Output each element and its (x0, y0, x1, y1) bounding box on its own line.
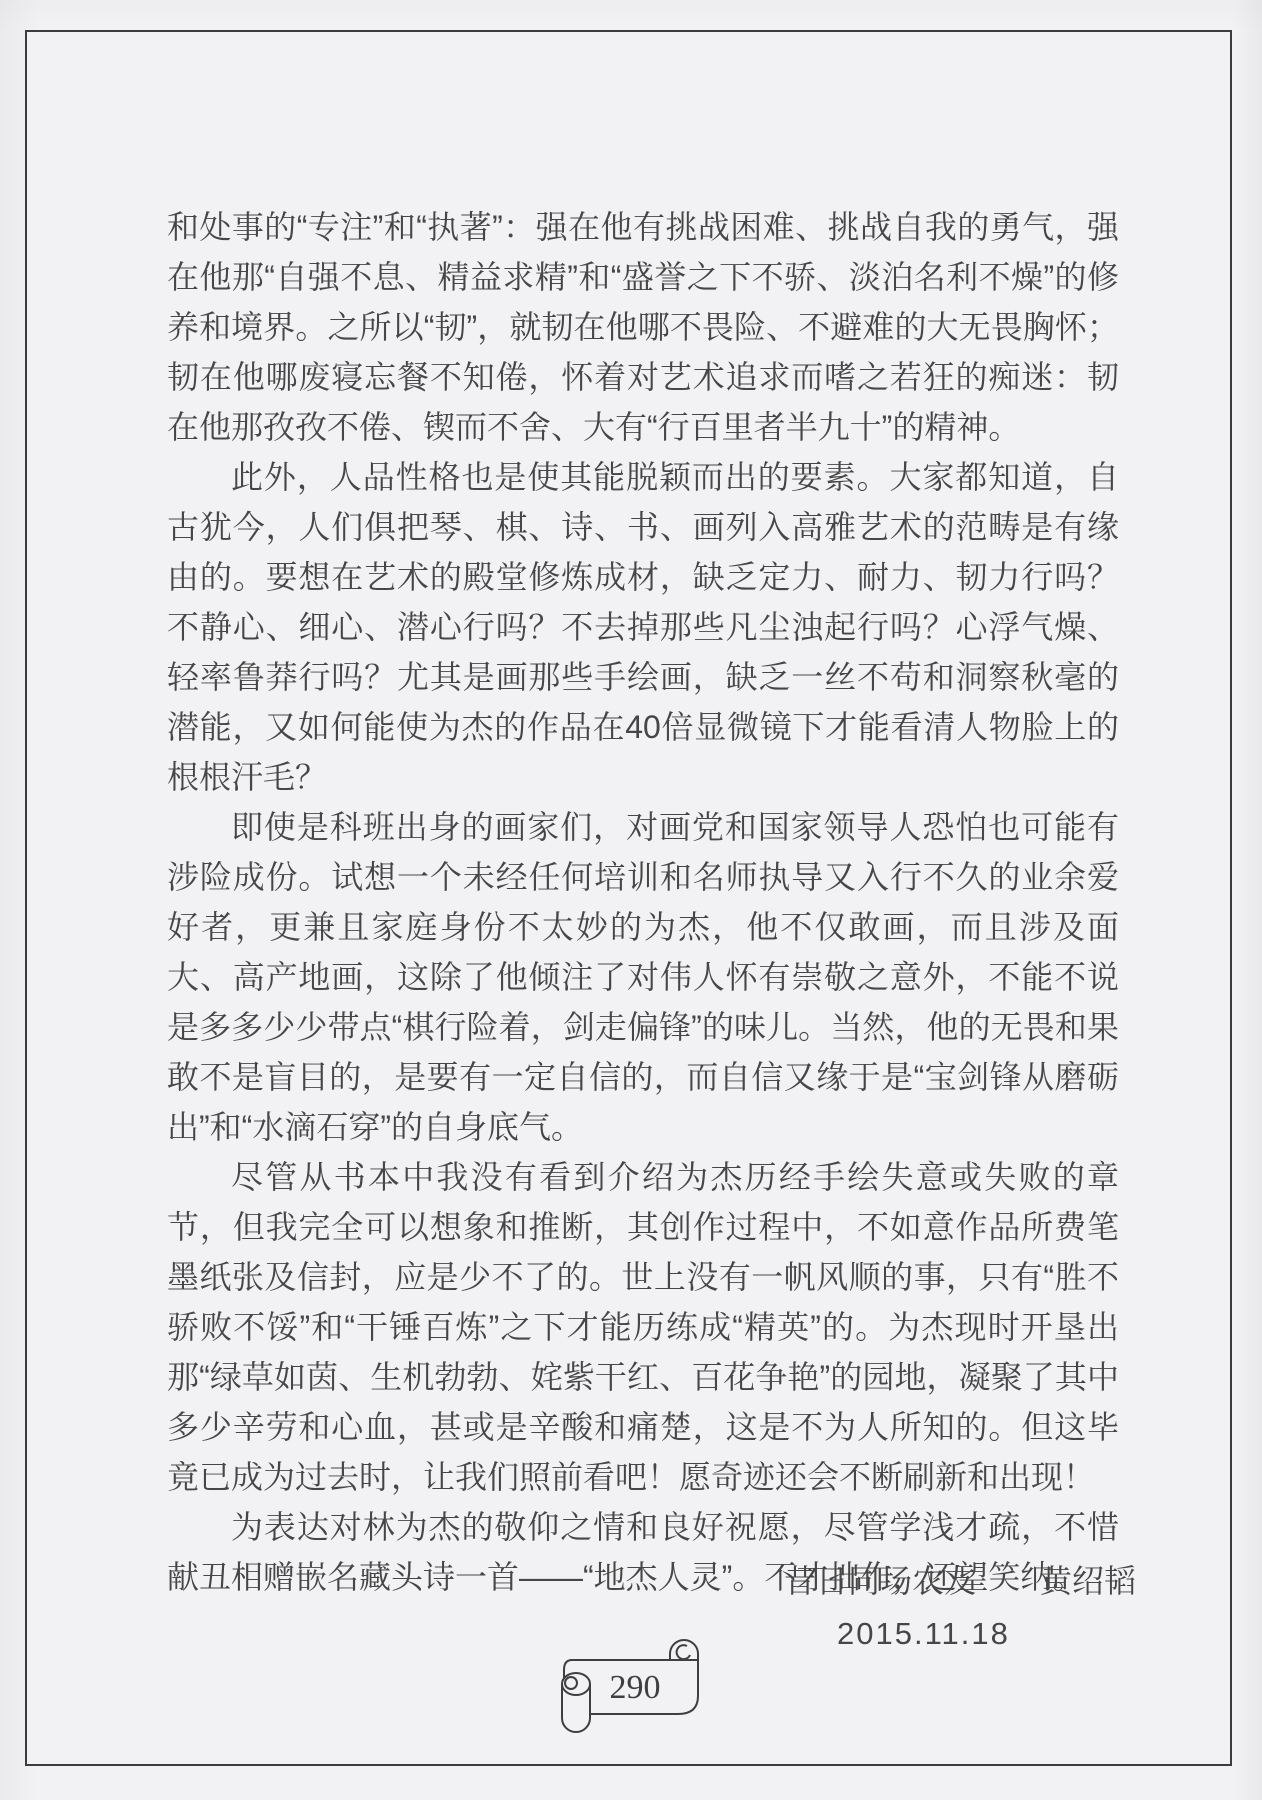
paragraph: 和处事的“专注”和“执著”：强在他有挑战困难、挑战自我的勇气，强在他那“自强不息… (167, 202, 1119, 452)
paragraph: 即使是科班出身的画家们，对画党和国家领导人恐怕也可能有涉险成份。试想一个未经任何… (167, 802, 1119, 1152)
paragraph: 此外，人品性格也是使其能脱颖而出的要素。大家都知道，自古犹今，人们俱把琴、棋、诗… (167, 452, 1119, 802)
page-number: 290 (610, 1669, 661, 1706)
page-frame: 和处事的“专注”和“执著”：强在他有挑战困难、挑战自我的勇气，强在他那“自强不息… (25, 30, 1232, 1766)
scroll-banner-icon: 290 (560, 1638, 702, 1734)
date-line: 2015.11.18 (837, 1616, 1010, 1652)
article-text: 和处事的“专注”和“执著”：强在他有挑战困难、挑战自我的勇气，强在他那“自强不息… (167, 202, 1119, 1602)
signature-line: 昔日同场农友 黄绍韬 (784, 1556, 1136, 1602)
page-number-scroll: 290 (560, 1638, 702, 1734)
paragraph: 尽管从书本中我没有看到介绍为杰历经手绘失意或失败的章节，但我完全可以想象和推断，… (167, 1152, 1119, 1502)
